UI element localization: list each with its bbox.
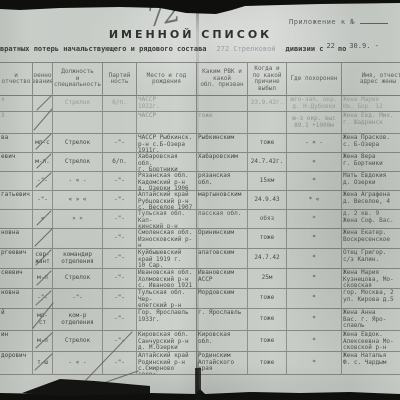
- table-cell-name: й: [0, 309, 33, 331]
- table-cell-buried: «: [287, 153, 342, 172]
- document-content: 72 Приложение к № ИМЕННОЙ СПИСОК вратных…: [0, 0, 400, 400]
- table-cell-party: -"-: [103, 210, 137, 229]
- table-cell-rank: -"-: [33, 289, 53, 309]
- column-header: Где похоронен: [287, 63, 342, 96]
- table-cell-name: я: [0, 96, 33, 112]
- table-cell-rank: [33, 96, 53, 112]
- table-body: яСтрелокб/п.ЧАССР 1922г.23.9.42г.юго-зап…: [0, 96, 400, 375]
- table-cell-family: Жена Прасков. с. Б-Озера: [342, 134, 400, 153]
- table-cell-family: Жена Мария Ив. Бор. 12: [342, 96, 400, 112]
- table-row: доровичт-ш- « --"-Алтайский край Родинск…: [0, 352, 400, 375]
- table-cell-name: евич: [0, 153, 33, 172]
- table-cell-name: гатьевич: [0, 191, 33, 210]
- table-cell-rank: м-п.: [33, 153, 53, 172]
- column-header: Каким РВК и какой обл. призван: [197, 63, 248, 96]
- table-row: гатьевич-"-« » «-"-Алтайский край Рубцов…: [0, 191, 400, 210]
- table-cell-date: тоже: [248, 309, 287, 331]
- table-cell-pos: » «: [53, 210, 103, 229]
- table-cell-date: 23.9.42г.: [248, 96, 287, 112]
- appendix-note: Приложение к №: [289, 16, 388, 26]
- table-cell-pos: командир отделения: [53, 249, 103, 269]
- table-cell-party: -"-: [103, 269, 137, 289]
- table-cell-name: новна: [0, 289, 33, 309]
- table-cell-name: ва: [0, 134, 33, 153]
- table-cell-rank: [33, 229, 53, 249]
- table-cell-date: тоже: [248, 229, 287, 249]
- table-row: евичм-п.Стрелокб/п.Хабаровская обл. г. Б…: [0, 153, 400, 172]
- table-cell-birth: Алтайский край Родинский р-н с.Смирново …: [137, 352, 197, 375]
- table-cell-date: тоже: [248, 352, 287, 375]
- table-cell-name: ргеевич: [0, 249, 33, 269]
- table-cell-birth: ЧАССР 1922г.: [137, 96, 197, 112]
- table-cell-name: сеевич: [0, 269, 33, 289]
- table-cell-pos: -"-: [53, 289, 103, 309]
- table-cell-rank: м-п: [33, 331, 53, 352]
- appendix-label: Приложение к №: [289, 18, 355, 26]
- subtitle-unit: 272 Стрелковой: [217, 45, 276, 53]
- table-cell-date: обяз: [248, 210, 287, 229]
- column-header: Место и год рождения: [137, 63, 197, 96]
- casualty-table: и отчествоВоенное званиеДолжность и спец…: [0, 62, 400, 375]
- subtitle-main: вратных потерь начальствующего и рядовог…: [0, 45, 207, 53]
- table-cell-rvk: Хабаровским: [197, 153, 248, 172]
- table-row: 3ЧАССРтожею-з окр. выс 89.1 +1000мЖена Е…: [0, 112, 400, 134]
- table-cell-family: Жена Екатер. Воскресенское: [342, 229, 400, 249]
- torn-edge-top: [0, 0, 400, 14]
- table-cell-buried: *: [287, 249, 342, 269]
- table-cell-rank: сер- жант: [33, 249, 53, 269]
- table-cell-pos: [53, 229, 103, 249]
- table-cell-buried: ю-з окр. выс 89.1 +1000м: [287, 112, 342, 134]
- table-cell-family: Жена Вера г. Бортники: [342, 153, 400, 172]
- table-cell-birth: ЧАССР: [137, 112, 197, 134]
- table-cell-buried: * «: [287, 191, 342, 210]
- table-cell-buried: *: [287, 331, 342, 352]
- table-row: вамл-сСтрелок-"-ЧАССР Рыбкинск. р-н с.Б-…: [0, 134, 400, 153]
- document-scan: 72 Приложение к № ИМЕННОЙ СПИСОК вратных…: [0, 0, 400, 400]
- table-cell-date: 15км: [248, 172, 287, 191]
- table-cell-rvk: Кировская обл.: [197, 331, 248, 352]
- table-cell-date: 24.7.42: [248, 249, 287, 269]
- table-cell-party: -"-: [103, 229, 137, 249]
- table-cell-date: тоже: [248, 331, 287, 352]
- table-cell-birth: Тульская обл. Кап- кинский р-н д.Од- оев…: [137, 210, 197, 229]
- table-cell-family: Жена Наталья Ф. с. Чардым: [342, 352, 400, 375]
- table-cell-pos: Стрелок: [53, 134, 103, 153]
- fold-crease: [196, 0, 199, 400]
- table-cell-rank: мл-с: [33, 134, 53, 153]
- table-row: инм-пСтрелок-"-Кировская обл. Санчурский…: [0, 331, 400, 352]
- table-cell-birth: Гор. Ярославль 1933г.: [137, 309, 197, 331]
- table-cell-birth: Тульская обл. Чер- епетский р-н 1912г.: [137, 289, 197, 309]
- table-cell-rank: -"-: [33, 191, 53, 210]
- table-cell-pos: - « -: [53, 172, 103, 191]
- table-cell-birth: Куйбышевский край 1919 г. 10 Сар.: [137, 249, 197, 269]
- table-cell-date: 24.7.42г.: [248, 153, 287, 172]
- table-cell-rvk: Родинским Алтайского края: [197, 352, 248, 375]
- table-cell-party: -"-: [103, 289, 137, 309]
- table-cell-rvk: [197, 96, 248, 112]
- table-cell-rvk: рязанская обл.: [197, 172, 248, 191]
- table-cell-buried: *: [287, 269, 342, 289]
- table-cell-party: -"-: [103, 309, 137, 331]
- table-cell-birth: Рязанская обл. Кадомский р-н д. Озерки 1…: [137, 172, 197, 191]
- table-cell-rank: «: [33, 210, 53, 229]
- table-cell-name: ин: [0, 331, 33, 352]
- subtitle-division: дивизии с: [286, 45, 324, 53]
- appendix-blank-line: [360, 16, 388, 24]
- torn-edge-bottom: [0, 389, 400, 400]
- table-cell-buried: *: [287, 289, 342, 309]
- subtitle-po: по: [338, 45, 346, 53]
- table-cell-birth: Смоленская обл. Износковский р-н с. Семе…: [137, 229, 197, 249]
- column-header: Должность и специальность: [53, 63, 103, 96]
- table-cell-birth: ЧАССР Рыбкинск. р-н с.Б-Озера 1911г.: [137, 134, 197, 153]
- page-title: ИМЕННОЙ СПИСОК: [98, 28, 283, 41]
- table-cell-buried: *: [287, 352, 342, 375]
- table-cell-pos: Стрелок: [53, 269, 103, 289]
- table-cell-rank: [33, 112, 53, 134]
- table-cell-family: Мать Евдокия д. Озерки: [342, 172, 400, 191]
- table-cell-birth: Хабаровская обл. г. Бортники 1899: [137, 153, 197, 172]
- column-header: Когда и по какой причине выбыл: [248, 63, 287, 96]
- table-cell-party: -"-: [103, 331, 137, 352]
- table-cell-party: -"-: [103, 134, 137, 153]
- table-cell-party: -"-: [103, 352, 137, 375]
- table-cell-rank: мл-ст: [33, 309, 53, 331]
- table-cell-buried: *: [287, 210, 342, 229]
- table-row: «» «-"-Тульская обл. Кап- кинский р-н д.…: [0, 210, 400, 229]
- table-cell-rvk: ласская обл.: [197, 210, 248, 229]
- table-row: яСтрелокб/п.ЧАССР 1922г.23.9.42г.юго-зап…: [0, 96, 400, 112]
- table-cell-rvk: Рыбкинским: [197, 134, 248, 153]
- table-row: ргеевичсер- жанткомандир отделения-"-Куй…: [0, 249, 400, 269]
- table-cell-buried: - « -: [287, 134, 342, 153]
- column-header: Военное звание: [33, 63, 53, 96]
- table-cell-pos: « » «: [53, 191, 103, 210]
- table-cell-name: 3: [0, 112, 33, 134]
- subtitle-line: вратных потерь начальствующего и рядовог…: [0, 45, 400, 53]
- table-header-row: и отчествоВоенное званиеДолжность и спец…: [0, 62, 400, 96]
- table-cell-rvk: мартыновским: [197, 191, 248, 210]
- table-cell-buried: *: [287, 309, 342, 331]
- table-row: ймл-стком-р отделения-"-Гор. Ярославль 1…: [0, 309, 400, 331]
- table-cell-buried: *: [287, 172, 342, 191]
- table-cell-date: [248, 112, 287, 134]
- table-cell-family: Жена Мария Кузнецова, Мо- сковская: [342, 269, 400, 289]
- table-cell-buried: юго-зап. окр. д. Н-Дубовки: [287, 96, 342, 112]
- table-cell-pos: - « -: [53, 352, 103, 375]
- table-cell-rvk: апатовским: [197, 249, 248, 269]
- table-cell-date: тоже: [248, 134, 287, 153]
- table-cell-rank: т-ш: [33, 352, 53, 375]
- column-header: Партий ность: [103, 63, 137, 96]
- table-cell-family: Жена Аграфена д. Веселое, 4: [342, 191, 400, 210]
- table-cell-date: тоже: [248, 289, 287, 309]
- column-header: Имя, отчест адрес жены и: [342, 63, 400, 96]
- table-cell-family: Отец Григор. с/з Калин.: [342, 249, 400, 269]
- table-cell-name: [0, 210, 33, 229]
- torn-corner-bottom-left: [22, 379, 150, 396]
- table-cell-party: -"-: [103, 191, 137, 210]
- table-cell-rvk: тоже: [197, 112, 248, 134]
- table-cell-birth: Ивановская обл. Холмовский р-н с. Иванов…: [137, 269, 197, 289]
- table-row: новна-"-Смоленская обл. Износковский р-н…: [0, 229, 400, 249]
- table-row: сеевичм-пСтрелок-"-Ивановская обл. Холмо…: [0, 269, 400, 289]
- table-cell-rvk: г. Ярославль: [197, 309, 248, 331]
- table-cell-date: 25м: [248, 269, 287, 289]
- table-cell-name: новна: [0, 229, 33, 249]
- table-cell-rvk: Ивановским АССР: [197, 269, 248, 289]
- table-cell-pos: ком-р отделения: [53, 309, 103, 331]
- table-cell-pos: Стрелок: [53, 96, 103, 112]
- table-cell-pos: Стрелок: [53, 331, 103, 352]
- table-cell-birth: Кировская обл. Санчурский р-н д. М.Озерк…: [137, 331, 197, 352]
- table-cell-family: Жена Анна Вас. г. Яро- славль: [342, 309, 400, 331]
- table-row: новна-"--"--"-Тульская обл. Чер- епетски…: [0, 289, 400, 309]
- table-cell-rank: -"-: [33, 172, 53, 191]
- table-cell-party: -"-: [103, 172, 137, 191]
- table-cell-birth: Алтайский край Рубцовский р-н с. Веселое…: [137, 191, 197, 210]
- table-cell-party: [103, 112, 137, 134]
- table-cell-buried: *: [287, 229, 342, 249]
- column-header: и отчество: [0, 63, 33, 96]
- table-cell-date: 24.9.43: [248, 191, 287, 210]
- table-cell-rvk: Мордовским: [197, 289, 248, 309]
- table-row: -"-- « --"-Рязанская обл. Кадомский р-н …: [0, 172, 400, 191]
- table-cell-family: гор. Москва, 2 ул. Кирова д.5: [342, 289, 400, 309]
- table-cell-party: б/п.: [103, 96, 137, 112]
- table-cell-name: дорович: [0, 352, 33, 375]
- table-cell-pos: [53, 112, 103, 134]
- table-cell-family: Жена Евд. Мих. г. Шадринск: [342, 112, 400, 134]
- subtitle-date-to: 30.9. -: [349, 42, 379, 50]
- subtitle-date-from: 22: [326, 42, 334, 50]
- table-cell-family: Жена Евдок. Алексеевна Мо- сковской р-н: [342, 331, 400, 352]
- table-cell-party: б/п.: [103, 153, 137, 172]
- table-cell-name: [0, 172, 33, 191]
- table-cell-rvk: Орининским: [197, 229, 248, 249]
- table-cell-rank: м-п: [33, 269, 53, 289]
- table-cell-pos: Стрелок: [53, 153, 103, 172]
- table-cell-family: д. 2 кв. 9 Жена Соф. Вас.: [342, 210, 400, 229]
- table-cell-party: -"-: [103, 249, 137, 269]
